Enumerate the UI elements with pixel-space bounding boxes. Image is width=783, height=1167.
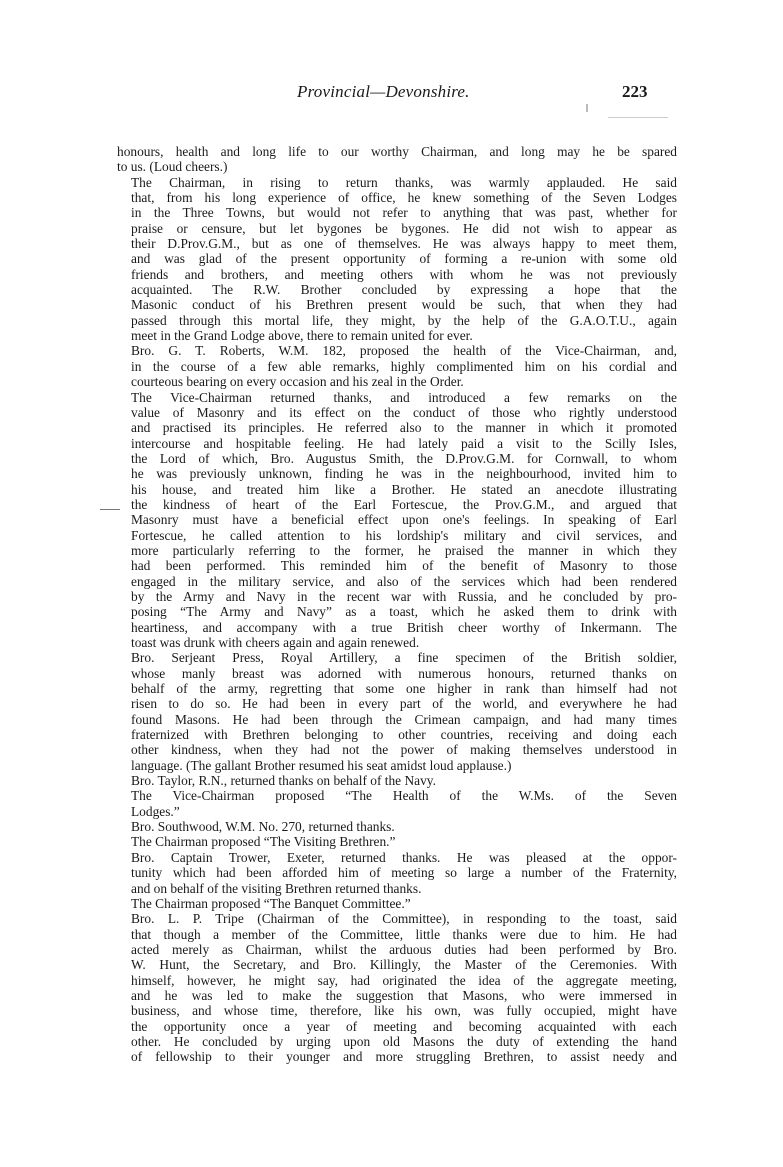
text-line: Masonry must have a beneficial effect up…	[117, 512, 677, 527]
text-line: other kindness, when they had not the po…	[117, 742, 677, 757]
text-line: Bro. Southwood, W.M. No. 270, returned t…	[117, 819, 677, 834]
text-line: value of Masonry and its effect on the c…	[117, 405, 677, 420]
text-line: risen to do so. He had been in every par…	[117, 696, 677, 711]
text-line: more particularly referring to the forme…	[117, 543, 677, 558]
text-line: in the course of a few able remarks, hig…	[117, 359, 677, 374]
text-line: intercourse and hospitable feeling. He h…	[117, 436, 677, 451]
text-line: Lodges.”	[117, 804, 677, 819]
text-line: business, and whose time, therefore, lik…	[117, 1003, 677, 1018]
text-line: to us. (Loud cheers.)	[117, 159, 677, 174]
running-title: Provincial—Devonshire.	[297, 82, 470, 102]
text-line: Bro. L. P. Tripe (Chairman of the Commit…	[117, 911, 677, 926]
text-line: Masonic conduct of his Brethren present …	[117, 297, 677, 312]
paragraph: Bro. Serjeant Press, Royal Artillery, a …	[117, 650, 677, 773]
text-line: honours, health and long life to our wor…	[117, 144, 677, 159]
page-header: Provincial—Devonshire. 223	[0, 82, 783, 106]
text-line: meet in the Grand Lodge above, there to …	[117, 328, 677, 343]
text-line: the Lord of which, Bro. Augustus Smith, …	[117, 451, 677, 466]
scan-artifact-mark	[586, 104, 588, 112]
text-line: their D.Prov.G.M., but as one of themsel…	[117, 236, 677, 251]
paragraph: Bro. Southwood, W.M. No. 270, returned t…	[117, 819, 677, 834]
text-line: that though a member of the Committee, l…	[117, 927, 677, 942]
paragraph: Bro. Taylor, R.N., returned thanks on be…	[117, 773, 677, 788]
text-line: and he was led to make the suggestion th…	[117, 988, 677, 1003]
text-line: Bro. Taylor, R.N., returned thanks on be…	[117, 773, 677, 788]
text-line: himself, however, he might say, had orig…	[117, 973, 677, 988]
paragraph: honours, health and long life to our wor…	[117, 144, 677, 175]
text-line: found Masons. He had been through the Cr…	[117, 712, 677, 727]
text-line: that, from his long experience of office…	[117, 190, 677, 205]
scan-artifact-rule	[608, 117, 668, 118]
text-line: and on behalf of the visiting Brethren r…	[117, 881, 677, 896]
text-line: W. Hunt, the Secretary, and Bro. Killing…	[117, 957, 677, 972]
paragraph: The Chairman proposed “The Banquet Commi…	[117, 896, 677, 911]
text-line: and practised its principles. He referre…	[117, 420, 677, 435]
text-line: behalf of the army, regretting that some…	[117, 681, 677, 696]
text-line: he was previously unknown, finding he wa…	[117, 466, 677, 481]
paragraph: Bro. G. T. Roberts, W.M. 182, proposed t…	[117, 343, 677, 389]
paragraph: The Vice-Chairman returned thanks, and i…	[117, 390, 677, 651]
text-line: language. (The gallant Brother resumed h…	[117, 758, 677, 773]
text-line: in the Three Towns, but would not refer …	[117, 205, 677, 220]
text-line: the opportunity once a year of meeting a…	[117, 1019, 677, 1034]
text-line: acted merely as Chairman, whilst the ard…	[117, 942, 677, 957]
page-number: 223	[622, 82, 648, 102]
text-line: tunity which had been afforded him of me…	[117, 865, 677, 880]
paragraph: Bro. Captain Trower, Exeter, returned th…	[117, 850, 677, 896]
text-line: passed through this mortal life, they mi…	[117, 313, 677, 328]
paragraph: Bro. L. P. Tripe (Chairman of the Commit…	[117, 911, 677, 1064]
text-line: and was glad of the present opportunity …	[117, 251, 677, 266]
text-line: other. He concluded by urging upon old M…	[117, 1034, 677, 1049]
text-line: his house, and treated him like a Brothe…	[117, 482, 677, 497]
paragraph: The Chairman, in rising to return thanks…	[117, 175, 677, 344]
text-line: whose manly breast was adorned with nume…	[117, 666, 677, 681]
text-line: heartiness, and accompany with a true Br…	[117, 620, 677, 635]
paragraph: The Vice-Chairman proposed “The Health o…	[117, 788, 677, 819]
text-line: toast was drunk with cheers again and ag…	[117, 635, 677, 650]
text-line: Fortescue, he called attention to his lo…	[117, 528, 677, 543]
text-line: the kindness of heart of the Earl Fortes…	[117, 497, 677, 512]
text-line: The Chairman proposed “The Visiting Bret…	[117, 834, 677, 849]
article-body: honours, health and long life to our wor…	[117, 144, 677, 1065]
text-line: of fellowship to their younger and more …	[117, 1049, 677, 1064]
text-line: Bro. Serjeant Press, Royal Artillery, a …	[117, 650, 677, 665]
text-line: Bro. G. T. Roberts, W.M. 182, proposed t…	[117, 343, 677, 358]
text-line: The Vice-Chairman returned thanks, and i…	[117, 390, 677, 405]
text-line: The Chairman, in rising to return thanks…	[117, 175, 677, 190]
text-line: praise or censure, but let bygones be by…	[117, 221, 677, 236]
text-line: posing “The Army and Navy” as a toast, w…	[117, 604, 677, 619]
text-line: had been performed. This reminded him of…	[117, 558, 677, 573]
text-line: acquainted. The R.W. Brother concluded b…	[117, 282, 677, 297]
text-line: by the Army and Navy in the recent war w…	[117, 589, 677, 604]
paragraph: The Chairman proposed “The Visiting Bret…	[117, 834, 677, 849]
text-line: The Vice-Chairman proposed “The Health o…	[117, 788, 677, 803]
text-line: fraternized with Brethren belonging to o…	[117, 727, 677, 742]
text-line: engaged in the military service, and als…	[117, 574, 677, 589]
text-line: courteous bearing on every occasion and …	[117, 374, 677, 389]
text-line: Bro. Captain Trower, Exeter, returned th…	[117, 850, 677, 865]
text-line: The Chairman proposed “The Banquet Commi…	[117, 896, 677, 911]
text-line: friends and brothers, and meeting others…	[117, 267, 677, 282]
